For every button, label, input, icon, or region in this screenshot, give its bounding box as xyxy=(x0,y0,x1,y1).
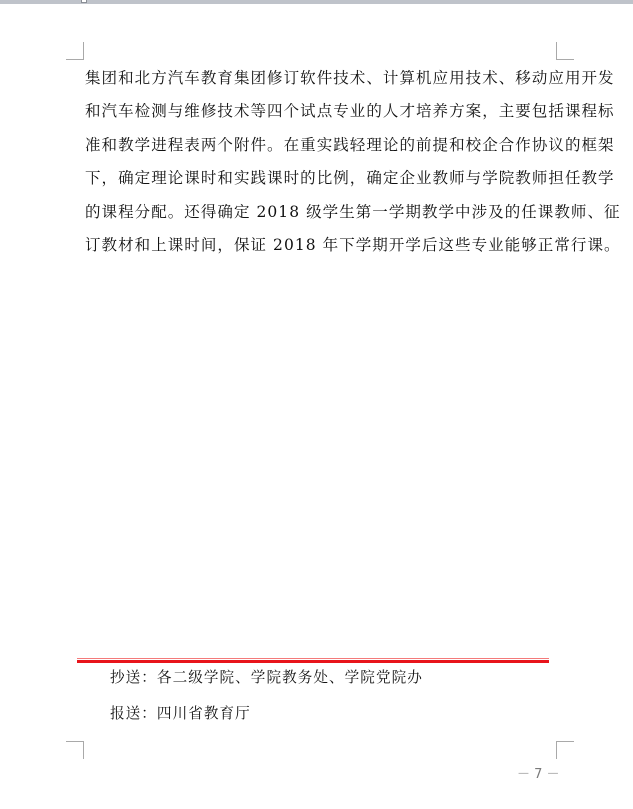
margin-corner-top-right xyxy=(556,42,574,60)
page-number: － 7 － xyxy=(517,763,560,782)
body-paragraph: 集团和北方汽车教育集团修订软件技术、计算机应用技术、移动应用开发 和汽车检测与维… xyxy=(85,62,555,262)
body-line: 和汽车检测与维修技术等四个试点专业的人才培养方案，主要包括课程标 xyxy=(85,95,555,128)
red-rule-thick xyxy=(77,660,549,663)
report-recipients: 报送：四川省教育厅 xyxy=(110,702,251,723)
red-divider-rule xyxy=(77,658,549,664)
margin-corner-top-left xyxy=(66,42,84,60)
body-line: 订教材和上课时间，保证 2018 年下学期开学后这些专业能够正常行课。 xyxy=(85,229,555,262)
ruler-indent-marker[interactable] xyxy=(81,0,87,3)
margin-corner-bottom-left xyxy=(66,741,84,759)
body-line: 准和教学进程表两个附件。在重实践轻理论的前提和校企合作协议的框架 xyxy=(85,129,555,162)
cc-recipients: 抄送：各二级学院、学院教务处、学院党院办 xyxy=(110,666,423,687)
red-rule-thin xyxy=(77,658,549,659)
body-line: 下，确定理论课时和实践课时的比例，确定企业教师与学院教师担任教学 xyxy=(85,162,555,195)
margin-corner-bottom-right xyxy=(556,741,574,759)
body-line: 的课程分配。还得确定 2018 级学生第一学期教学中涉及的任课教师、征 xyxy=(85,196,555,229)
body-line: 集团和北方汽车教育集团修订软件技术、计算机应用技术、移动应用开发 xyxy=(85,62,555,95)
document-page: 集团和北方汽车教育集团修订软件技术、计算机应用技术、移动应用开发 和汽车检测与维… xyxy=(0,4,633,809)
